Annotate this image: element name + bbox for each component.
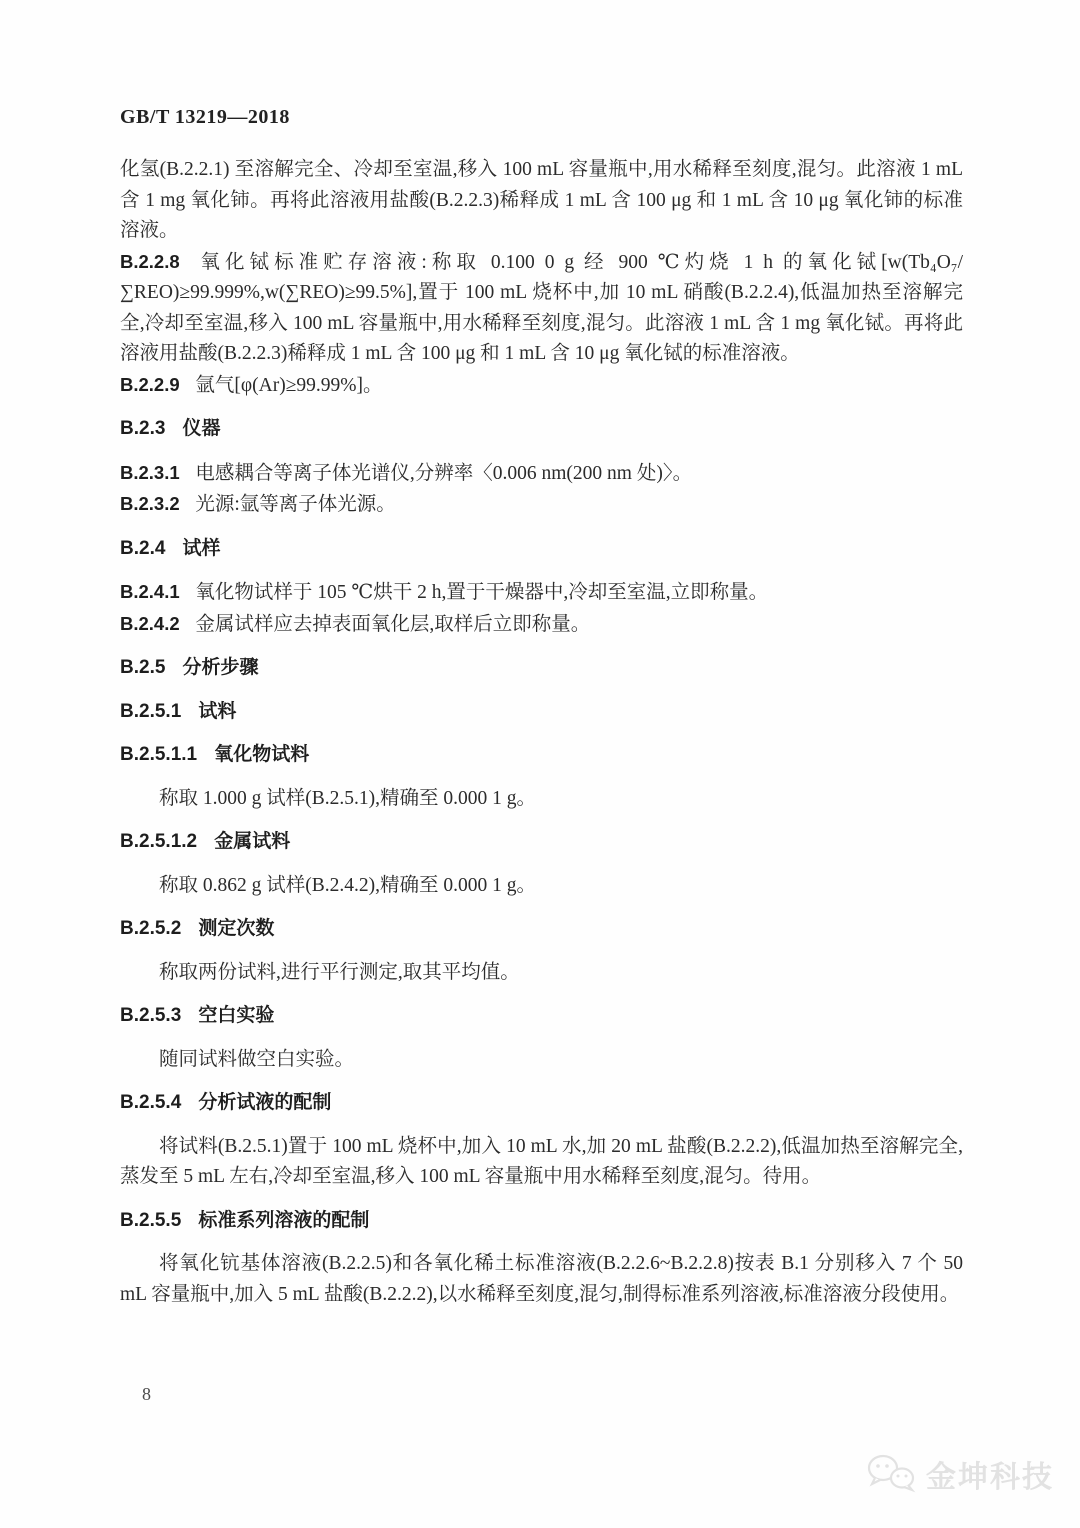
heading-title: 标准系列溶液的配制 bbox=[198, 1210, 369, 1231]
paragraph: 化氢(B.2.2.1) 至溶解完全、冷却至室温,移入 100 mL 容量瓶中,用… bbox=[120, 155, 963, 247]
clause-heading-B.2.5.3: B.2.5.3空白实验 bbox=[120, 1001, 963, 1032]
paragraph-text: 将试料(B.2.5.1)置于 100 mL 烧杯中,加入 10 mL 水,加 2… bbox=[120, 1136, 963, 1188]
clause-heading-B.2.5.1.1: B.2.5.1.1氧化物试料 bbox=[120, 740, 963, 771]
heading-title: 分析步骤 bbox=[183, 657, 259, 678]
clause-text: 金属试样应去掉表面氧化层,取样后立即称量。 bbox=[195, 614, 590, 635]
heading-title: 仪器 bbox=[183, 418, 221, 439]
clause-B.2.4.1: B.2.4.1氧化物试样于 105 ℃烘干 2 h,置于干燥器中,冷却至室温,立… bbox=[120, 577, 963, 609]
heading-title: 分析试液的配制 bbox=[198, 1092, 331, 1113]
paragraph: 称取 1.000 g 试样(B.2.5.1),精确至 0.000 1 g。 bbox=[120, 784, 963, 815]
heading-title: 试样 bbox=[183, 538, 221, 559]
paragraph: 称取两份试料,进行平行测定,取其平均值。 bbox=[120, 958, 963, 989]
heading-title: 氧化物试料 bbox=[214, 744, 309, 765]
clause-text: 氩气[φ(Ar)≥99.99%]。 bbox=[195, 375, 382, 396]
paragraph: 将试料(B.2.5.1)置于 100 mL 烧杯中,加入 10 mL 水,加 2… bbox=[120, 1132, 963, 1193]
clause-number: B.2.5 bbox=[120, 657, 165, 678]
heading-title: 试料 bbox=[198, 701, 236, 722]
clause-heading-B.2.4: B.2.4试样 bbox=[120, 534, 963, 565]
paragraph-text: 将氧化钪基体溶液(B.2.2.5)和各氧化稀土标准溶液(B.2.2.6~B.2.… bbox=[120, 1253, 963, 1305]
clause-heading-B.2.5.1: B.2.5.1试料 bbox=[120, 697, 963, 728]
clause-number: B.2.4 bbox=[120, 538, 165, 559]
clause-text: 光源:氩等离子体光源。 bbox=[195, 494, 395, 515]
wechat-bubbles-icon bbox=[866, 1453, 918, 1495]
clause-number: B.2.2.8 bbox=[120, 251, 180, 272]
clause-heading-B.2.5.1.2: B.2.5.1.2金属试料 bbox=[120, 827, 963, 858]
clause-heading-B.2.5: B.2.5分析步骤 bbox=[120, 653, 963, 684]
clause-number: B.2.4.1 bbox=[120, 581, 180, 602]
clause-number: B.2.3.2 bbox=[120, 493, 180, 514]
clause-heading-B.2.3: B.2.3仪器 bbox=[120, 414, 963, 445]
clause-number: B.2.5.4 bbox=[120, 1092, 181, 1113]
paragraph-text: 称取 1.000 g 试样(B.2.5.1),精确至 0.000 1 g。 bbox=[159, 788, 536, 809]
paragraph: 称取 0.862 g 试样(B.2.4.2),精确至 0.000 1 g。 bbox=[120, 871, 963, 902]
clause-heading-B.2.5.2: B.2.5.2测定次数 bbox=[120, 914, 963, 945]
clause-number: B.2.5.3 bbox=[120, 1005, 181, 1026]
clause-heading-B.2.5.5: B.2.5.5标准系列溶液的配制 bbox=[120, 1206, 963, 1237]
clause-text: 电感耦合等离子体光谱仪,分辨率〈0.006 nm(200 nm 处)〉。 bbox=[195, 463, 692, 484]
watermark: 金坤科技 bbox=[866, 1452, 1054, 1496]
clause-B.2.4.2: B.2.4.2金属试样应去掉表面氧化层,取样后立即称量。 bbox=[120, 609, 963, 641]
clause-number: B.2.5.1.2 bbox=[120, 831, 197, 852]
watermark-label: 金坤科技 bbox=[926, 1452, 1054, 1496]
clause-number: B.2.5.5 bbox=[120, 1210, 181, 1231]
clause-number: B.2.2.9 bbox=[120, 374, 180, 395]
paragraph-text: 称取 0.862 g 试样(B.2.4.2),精确至 0.000 1 g。 bbox=[159, 875, 536, 896]
clause-B.2.2.8: B.2.2.8氧化铽标准贮存溶液:称取 0.100 0 g 经 900 ℃灼烧 … bbox=[120, 247, 963, 370]
heading-title: 金属试料 bbox=[214, 831, 290, 852]
document-page: GB/T 13219—2018 化氢(B.2.2.1) 至溶解完全、冷却至室温,… bbox=[0, 0, 1080, 1528]
clause-B.2.3.2: B.2.3.2光源:氩等离子体光源。 bbox=[120, 489, 963, 521]
paragraph-text: 称取两份试料,进行平行测定,取其平均值。 bbox=[159, 962, 520, 983]
heading-title: 空白实验 bbox=[198, 1005, 274, 1026]
clause-number: B.2.5.1 bbox=[120, 701, 181, 722]
page-number: 8 bbox=[142, 1384, 151, 1405]
clause-number: B.2.3.1 bbox=[120, 462, 180, 483]
standard-number-header: GB/T 13219—2018 bbox=[120, 106, 290, 129]
clause-text: 氧化物试样于 105 ℃烘干 2 h,置于干燥器中,冷却至室温,立即称量。 bbox=[195, 582, 768, 603]
clause-B.2.3.1: B.2.3.1电感耦合等离子体光谱仪,分辨率〈0.006 nm(200 nm 处… bbox=[120, 458, 963, 490]
clause-B.2.2.9: B.2.2.9氩气[φ(Ar)≥99.99%]。 bbox=[120, 370, 963, 402]
clause-number: B.2.5.1.1 bbox=[120, 744, 197, 765]
heading-title: 测定次数 bbox=[198, 918, 274, 939]
clause-number: B.2.4.2 bbox=[120, 613, 180, 634]
clause-number: B.2.5.2 bbox=[120, 918, 181, 939]
paragraph-text: 随同试料做空白实验。 bbox=[159, 1049, 354, 1070]
clause-heading-B.2.5.4: B.2.5.4分析试液的配制 bbox=[120, 1088, 963, 1119]
document-body: 化氢(B.2.2.1) 至溶解完全、冷却至室温,移入 100 mL 容量瓶中,用… bbox=[120, 155, 963, 1310]
paragraph: 随同试料做空白实验。 bbox=[120, 1045, 963, 1076]
clause-number: B.2.3 bbox=[120, 418, 165, 439]
paragraph-text: 化氢(B.2.2.1) 至溶解完全、冷却至室温,移入 100 mL 容量瓶中,用… bbox=[120, 159, 963, 241]
paragraph: 将氧化钪基体溶液(B.2.2.5)和各氧化稀土标准溶液(B.2.2.6~B.2.… bbox=[120, 1249, 963, 1310]
clause-text: 氧化铽标准贮存溶液:称取 0.100 0 g 经 900 ℃灼烧 1 h 的氧化… bbox=[120, 252, 963, 365]
